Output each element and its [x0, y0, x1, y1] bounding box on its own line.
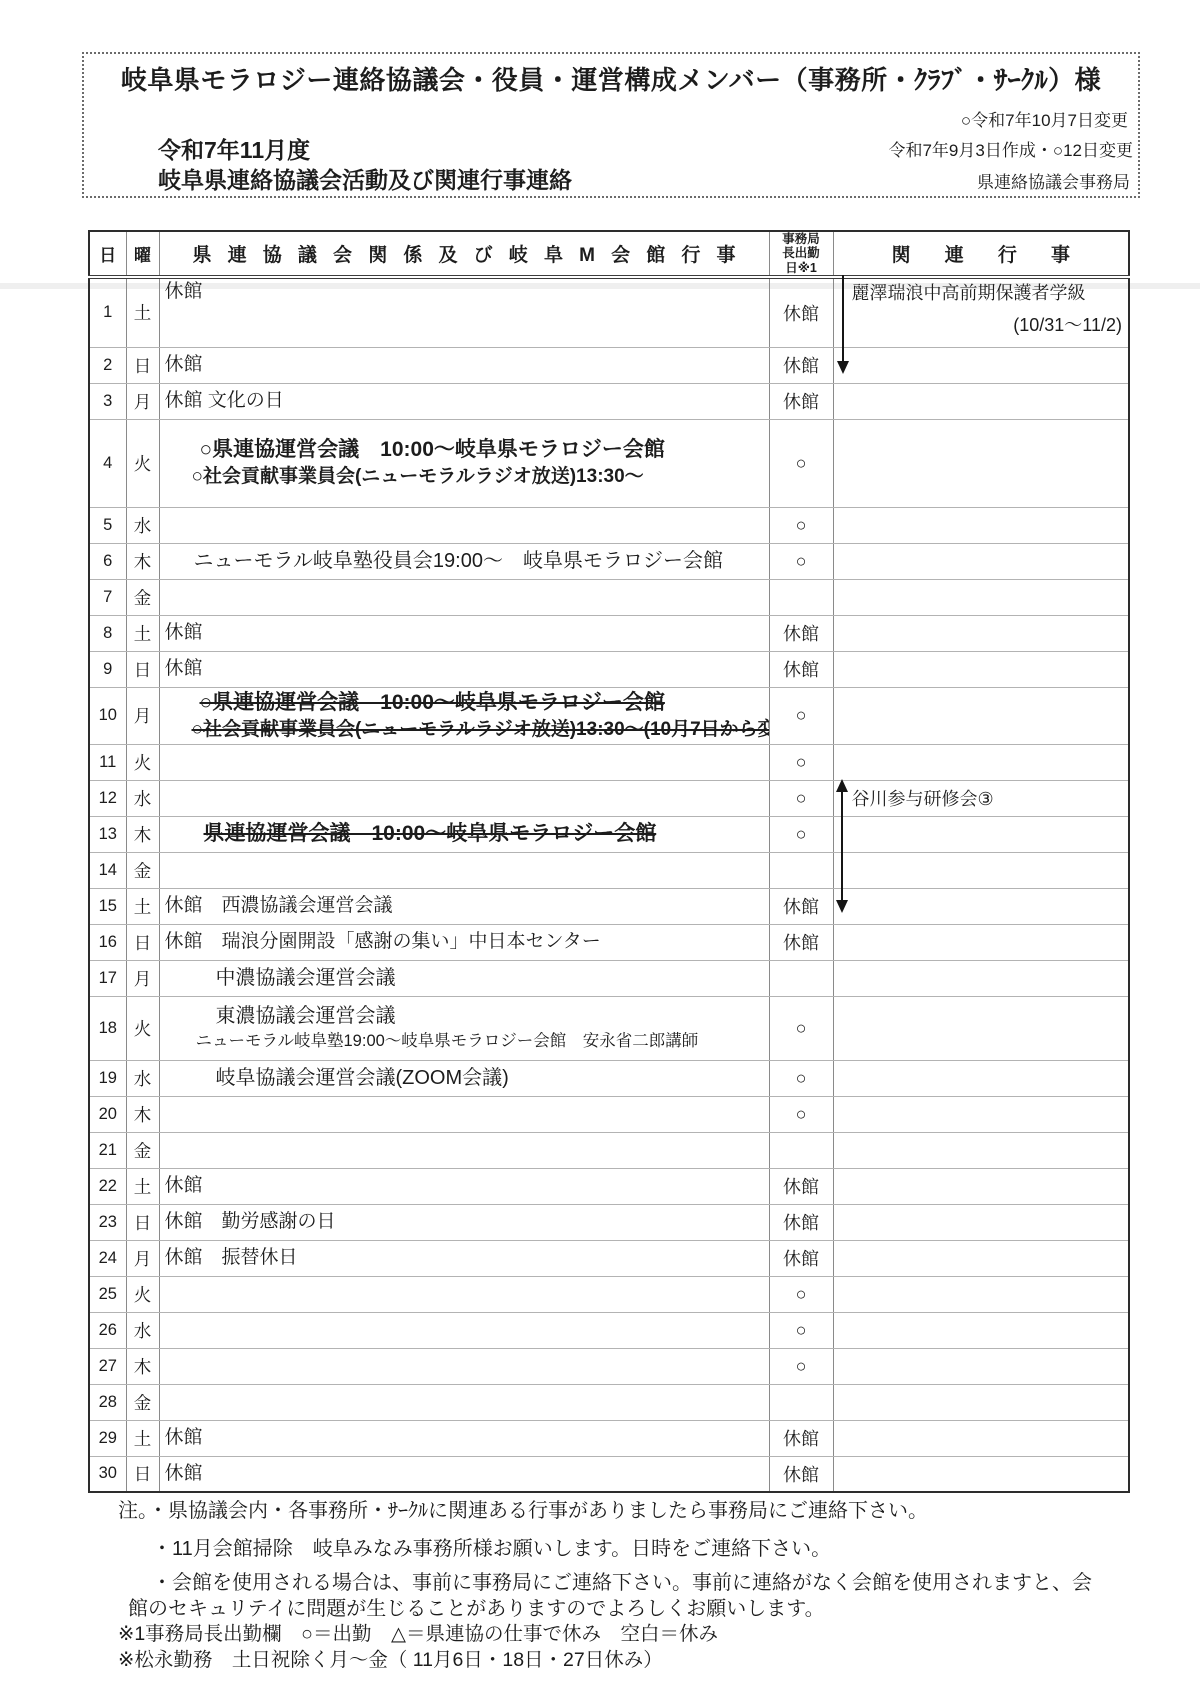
period-title: 令和7年11月度: [158, 132, 310, 165]
event-text: 休館: [160, 1461, 769, 1488]
attendance-cell: [769, 1132, 833, 1168]
weekday-cell: 土: [126, 888, 159, 924]
attendance-cell: ○: [769, 780, 833, 816]
related-cell: [833, 1420, 1129, 1456]
event-text: ○社会貢献事業員会(ニューモラルラジオ放送)13:30～: [160, 464, 769, 491]
day-cell: 10: [89, 687, 126, 744]
day-cell: 16: [89, 924, 126, 960]
footer-note-cleaning: ・11月会館掃除 岐阜みなみ事務所様お願いします。日時をご連絡下さい。: [152, 1532, 831, 1561]
weekday-cell: 土: [126, 1168, 159, 1204]
event-text: 休館 振替休日: [160, 1245, 769, 1272]
weekday-cell: 火: [126, 1276, 159, 1312]
table-row: 24月休館 振替休日休館: [89, 1240, 1129, 1276]
day-cell: 26: [89, 1312, 126, 1348]
related-event-text: 麗澤瑞浪中高前期保護者学級: [834, 279, 1129, 305]
day-cell: 20: [89, 1096, 126, 1132]
event-text: ○社会貢献事業員会(ニューモラルラジオ放送)13:30～(10月7日から変更): [160, 717, 769, 744]
day-cell: 2: [89, 347, 126, 383]
attendance-cell: 休館: [769, 347, 833, 383]
events-cell: 休館: [159, 1456, 769, 1492]
table-row: 18火東濃協議会運営会議ニューモラル岐阜塾19:00～岐阜県モラロジー会館 安永…: [89, 996, 1129, 1060]
related-cell: [833, 347, 1129, 383]
weekday-cell: 月: [126, 1240, 159, 1276]
event-text: 中濃協議会運営会議: [160, 964, 769, 992]
table-row: 7金: [89, 579, 1129, 615]
related-cell: [833, 1168, 1129, 1204]
events-cell: 休館 瑞浪分園開設「感謝の集い」中日本センター: [159, 924, 769, 960]
table-row: 23日休館 勤労感謝の日休館: [89, 1204, 1129, 1240]
events-cell: [159, 507, 769, 543]
day-cell: 22: [89, 1168, 126, 1204]
related-event-text: 谷川参与研修会③: [834, 785, 1129, 811]
day-cell: 21: [89, 1132, 126, 1168]
footer-note-matsunaga-schedule: ※松永勤務 土日祝除く月～金（ 11月6日・18日・27日休み）: [118, 1644, 663, 1672]
related-cell: [833, 996, 1129, 1060]
weekday-cell: 水: [126, 1312, 159, 1348]
related-cell: [833, 1276, 1129, 1312]
weekday-cell: 日: [126, 1204, 159, 1240]
related-cell: [833, 1204, 1129, 1240]
events-cell: ○県連協運営会議 10:00～岐阜県モラロジー会館○社会貢献事業員会(ニューモラ…: [159, 419, 769, 507]
event-text: 休館: [160, 620, 769, 647]
day-cell: 11: [89, 744, 126, 780]
attendance-cell: 休館: [769, 383, 833, 419]
attendance-cell: ○: [769, 687, 833, 744]
weekday-cell: 土: [126, 277, 159, 347]
events-cell: [159, 579, 769, 615]
attendance-cell: 休館: [769, 1204, 833, 1240]
weekday-cell: 月: [126, 687, 159, 744]
table-row: 26水○: [89, 1312, 1129, 1348]
related-event-text: (10/31～11/2): [834, 305, 1129, 337]
attendance-cell: 休館: [769, 651, 833, 687]
event-text: 休館 瑞浪分園開設「感謝の集い」中日本センター: [160, 929, 769, 956]
day-cell: 17: [89, 960, 126, 996]
weekday-cell: 金: [126, 1384, 159, 1420]
day-cell: 5: [89, 507, 126, 543]
attendance-cell: ○: [769, 1312, 833, 1348]
events-cell: [159, 1348, 769, 1384]
attendance-cell: [769, 579, 833, 615]
weekday-cell: 日: [126, 1456, 159, 1492]
column-header-weekday: 曜: [126, 231, 159, 277]
weekday-cell: 金: [126, 852, 159, 888]
arrow-down-head: [837, 361, 849, 374]
event-text: 休館: [160, 1173, 769, 1200]
weekday-cell: 火: [126, 744, 159, 780]
related-cell: [833, 1060, 1129, 1096]
table-row: 2日休館休館: [89, 347, 1129, 383]
column-header-related: 関連行事: [833, 231, 1129, 277]
arrow-down-head: [836, 900, 848, 913]
footer-note-usage-line2: 館のセキュリテイに問題が生じることがありますのでよろしくお願いします。: [128, 1592, 825, 1621]
event-text: 休館: [160, 279, 769, 306]
events-cell: 休館: [159, 615, 769, 651]
event-text: ニューモラル岐阜塾19:00～岐阜県モラロジー会館 安永省二郎講師: [160, 1030, 769, 1053]
attendance-cell: [769, 960, 833, 996]
footer-note-usage-line1: ・会館を使用される場合は、事前に事務局にご連絡下さい。事前に連絡がなく会館を使用…: [152, 1566, 1092, 1595]
attendance-cell: 休館: [769, 1168, 833, 1204]
created-note: 令和7年9月3日作成・○12日変更: [888, 136, 1133, 161]
related-cell: [833, 383, 1129, 419]
related-cell: [833, 1132, 1129, 1168]
event-text: 県連協運営会議 10:00～岐阜県モラロジー会館: [160, 819, 769, 848]
table-row: 10月○県連協運営会議 10:00～岐阜県モラロジー会館○社会貢献事業員会(ニュ…: [89, 687, 1129, 744]
table-row: 21金: [89, 1132, 1129, 1168]
event-text: 休館: [160, 352, 769, 379]
attendance-cell: ○: [769, 1060, 833, 1096]
day-cell: 23: [89, 1204, 126, 1240]
attendance-cell: 休館: [769, 615, 833, 651]
related-cell: [833, 1456, 1129, 1492]
related-cell: [833, 1312, 1129, 1348]
day-cell: 29: [89, 1420, 126, 1456]
calendar-body: 1土休館休館麗澤瑞浪中高前期保護者学級(10/31～11/2)2日休館休館3月休…: [89, 277, 1129, 1492]
related-cell: [833, 852, 1129, 888]
attendance-cell: ○: [769, 1276, 833, 1312]
table-row: 11火○: [89, 744, 1129, 780]
table-row: 16日休館 瑞浪分園開設「感謝の集い」中日本センター休館: [89, 924, 1129, 960]
attendance-cell: 休館: [769, 1240, 833, 1276]
footer-note-attendance-legend: ※1事務局長出勤欄 ○＝出勤 △＝県連協の仕事で休み 空白＝休み: [118, 1618, 718, 1646]
attendance-cell: [769, 852, 833, 888]
events-cell: 東濃協議会運営会議ニューモラル岐阜塾19:00～岐阜県モラロジー会館 安永省二郎…: [159, 996, 769, 1060]
attendance-cell: 休館: [769, 277, 833, 347]
events-cell: [159, 744, 769, 780]
events-cell: [159, 1276, 769, 1312]
events-cell: 休館: [159, 277, 769, 347]
day-cell: 6: [89, 543, 126, 579]
events-cell: 岐阜協議会運営会議(ZOOM会議): [159, 1060, 769, 1096]
table-row: 3月休館 文化の日休館: [89, 383, 1129, 419]
events-cell: 休館 西濃協議会運営会議: [159, 888, 769, 924]
events-cell: [159, 852, 769, 888]
table-row: 28金: [89, 1384, 1129, 1420]
day-cell: 1: [89, 277, 126, 347]
day-cell: 3: [89, 383, 126, 419]
table-row: 12水○谷川参与研修会③: [89, 780, 1129, 816]
day-cell: 28: [89, 1384, 126, 1420]
day-cell: 24: [89, 1240, 126, 1276]
related-cell: [833, 888, 1129, 924]
table-row: 1土休館休館麗澤瑞浪中高前期保護者学級(10/31～11/2): [89, 277, 1129, 347]
attendance-cell: 休館: [769, 888, 833, 924]
related-cell: [833, 419, 1129, 507]
events-cell: [159, 1384, 769, 1420]
day-cell: 12: [89, 780, 126, 816]
events-cell: 休館 勤労感謝の日: [159, 1204, 769, 1240]
events-cell: 休館: [159, 1168, 769, 1204]
events-cell: 休館: [159, 347, 769, 383]
weekday-cell: 木: [126, 543, 159, 579]
table-row: 30日休館休館: [89, 1456, 1129, 1492]
day-cell: 18: [89, 996, 126, 1060]
weekday-cell: 月: [126, 960, 159, 996]
day-cell: 15: [89, 888, 126, 924]
issuing-office: 県連絡協議会事務局: [977, 168, 1130, 193]
weekday-cell: 水: [126, 780, 159, 816]
attendance-cell: 休館: [769, 1420, 833, 1456]
weekday-cell: 日: [126, 924, 159, 960]
events-cell: [159, 1312, 769, 1348]
table-row: 22土休館休館: [89, 1168, 1129, 1204]
table-row: 6木ニューモラル岐阜塾役員会19:00～ 岐阜県モラロジー会館○: [89, 543, 1129, 579]
attendance-cell: 休館: [769, 1456, 833, 1492]
column-header-day: 日: [89, 231, 126, 277]
event-text: ○県連協運営会議 10:00～岐阜県モラロジー会館: [160, 688, 769, 717]
attendance-cell: [769, 1384, 833, 1420]
attendance-cell: 休館: [769, 924, 833, 960]
column-header-attendance-text: 事務局長出勤日※1: [778, 232, 824, 275]
table-row: 5水○: [89, 507, 1129, 543]
related-cell: 麗澤瑞浪中高前期保護者学級(10/31～11/2): [833, 277, 1129, 347]
document-subtitle: 岐阜県連絡協議会活動及び関連行事連絡: [158, 162, 572, 195]
weekday-cell: 火: [126, 419, 159, 507]
footer-note-contact: 注。・県協議会内・各事務所・ｻｰｸﾙに関連ある行事がありましたら事務局にご連絡下…: [118, 1494, 928, 1523]
day-cell: 30: [89, 1456, 126, 1492]
events-cell: 休館: [159, 651, 769, 687]
day-cell: 13: [89, 816, 126, 852]
table-row: 29土休館休館: [89, 1420, 1129, 1456]
related-cell: [833, 960, 1129, 996]
weekday-cell: 金: [126, 579, 159, 615]
related-cell: [833, 687, 1129, 744]
events-cell: 県連協運営会議 10:00～岐阜県モラロジー会館: [159, 816, 769, 852]
document-title: 岐阜県モラロジー連絡協議会・役員・運営構成メンバー（事務所・ｸﾗﾌﾞ・ｻｰｸﾙ）…: [84, 60, 1138, 97]
events-cell: 中濃協議会運営会議: [159, 960, 769, 996]
document-header-box: 岐阜県モラロジー連絡協議会・役員・運営構成メンバー（事務所・ｸﾗﾌﾞ・ｻｰｸﾙ）…: [82, 52, 1140, 198]
weekday-cell: 水: [126, 1060, 159, 1096]
attendance-cell: ○: [769, 1096, 833, 1132]
table-row: 13木県連協運営会議 10:00～岐阜県モラロジー会館○: [89, 816, 1129, 852]
event-text: 休館 勤労感謝の日: [160, 1209, 769, 1236]
weekday-cell: 土: [126, 615, 159, 651]
related-cell: 谷川参与研修会③: [833, 780, 1129, 816]
weekday-cell: 月: [126, 383, 159, 419]
related-cell: [833, 744, 1129, 780]
events-cell: [159, 780, 769, 816]
event-text: 休館 西濃協議会運営会議: [160, 893, 769, 920]
event-text: 休館: [160, 1425, 769, 1452]
date-span-arrow-double: [841, 791, 843, 901]
weekday-cell: 木: [126, 816, 159, 852]
related-cell: [833, 579, 1129, 615]
table-row: 4火○県連協運営会議 10:00～岐阜県モラロジー会館○社会貢献事業員会(ニュー…: [89, 419, 1129, 507]
column-header-events: 県連協議会関係及び岐阜M会館行事: [159, 231, 769, 277]
event-text: 休館: [160, 656, 769, 683]
weekday-cell: 水: [126, 507, 159, 543]
event-text: ニューモラル岐阜塾役員会19:00～ 岐阜県モラロジー会館: [160, 547, 769, 575]
weekday-cell: 日: [126, 651, 159, 687]
day-cell: 27: [89, 1348, 126, 1384]
events-cell: ニューモラル岐阜塾役員会19:00～ 岐阜県モラロジー会館: [159, 543, 769, 579]
table-row: 25火○: [89, 1276, 1129, 1312]
related-cell: [833, 543, 1129, 579]
related-cell: [833, 1348, 1129, 1384]
weekday-cell: 木: [126, 1096, 159, 1132]
day-cell: 8: [89, 615, 126, 651]
day-cell: 4: [89, 419, 126, 507]
events-cell: [159, 1096, 769, 1132]
related-cell: [833, 615, 1129, 651]
event-text: 岐阜協議会運営会議(ZOOM会議): [160, 1064, 769, 1092]
event-text: 東濃協議会運営会議: [160, 1002, 769, 1030]
weekday-cell: 金: [126, 1132, 159, 1168]
events-cell: 休館 文化の日: [159, 383, 769, 419]
day-cell: 9: [89, 651, 126, 687]
attendance-cell: ○: [769, 996, 833, 1060]
attendance-cell: ○: [769, 1348, 833, 1384]
column-header-attendance: 事務局長出勤日※1: [769, 231, 833, 277]
scanned-schedule-document: 岐阜県モラロジー連絡協議会・役員・運営構成メンバー（事務所・ｸﾗﾌﾞ・ｻｰｸﾙ）…: [0, 0, 1200, 1697]
table-row: 17月中濃協議会運営会議: [89, 960, 1129, 996]
event-text: ○県連協運営会議 10:00～岐阜県モラロジー会館: [160, 435, 769, 464]
events-cell: ○県連協運営会議 10:00～岐阜県モラロジー会館○社会貢献事業員会(ニューモラ…: [159, 687, 769, 744]
date-span-arrow-down: [842, 275, 844, 361]
events-cell: 休館: [159, 1420, 769, 1456]
day-cell: 7: [89, 579, 126, 615]
table-row: 8土休館休館: [89, 615, 1129, 651]
attendance-cell: ○: [769, 419, 833, 507]
day-cell: 25: [89, 1276, 126, 1312]
table-row: 20木○: [89, 1096, 1129, 1132]
related-cell: [833, 924, 1129, 960]
weekday-cell: 土: [126, 1420, 159, 1456]
day-cell: 14: [89, 852, 126, 888]
table-header-row: 日 曜 県連協議会関係及び岐阜M会館行事 事務局長出勤日※1 関連行事: [89, 231, 1129, 277]
attendance-cell: ○: [769, 816, 833, 852]
schedule-table: 日 曜 県連協議会関係及び岐阜M会館行事 事務局長出勤日※1 関連行事 1土休館…: [88, 230, 1130, 1493]
attendance-cell: ○: [769, 507, 833, 543]
table-row: 9日休館休館: [89, 651, 1129, 687]
related-cell: [833, 816, 1129, 852]
table-row: 15土休館 西濃協議会運営会議休館: [89, 888, 1129, 924]
table-row: 27木○: [89, 1348, 1129, 1384]
weekday-cell: 日: [126, 347, 159, 383]
weekday-cell: 木: [126, 1348, 159, 1384]
related-cell: [833, 1240, 1129, 1276]
revision-note: ○令和7年10月7日変更: [961, 106, 1128, 131]
events-cell: 休館 振替休日: [159, 1240, 769, 1276]
day-cell: 19: [89, 1060, 126, 1096]
related-cell: [833, 507, 1129, 543]
related-cell: [833, 1384, 1129, 1420]
table-row: 19水岐阜協議会運営会議(ZOOM会議)○: [89, 1060, 1129, 1096]
event-text: 休館 文化の日: [160, 388, 769, 415]
related-cell: [833, 651, 1129, 687]
events-cell: [159, 1132, 769, 1168]
attendance-cell: ○: [769, 744, 833, 780]
related-cell: [833, 1096, 1129, 1132]
weekday-cell: 火: [126, 996, 159, 1060]
attendance-cell: ○: [769, 543, 833, 579]
table-row: 14金: [89, 852, 1129, 888]
